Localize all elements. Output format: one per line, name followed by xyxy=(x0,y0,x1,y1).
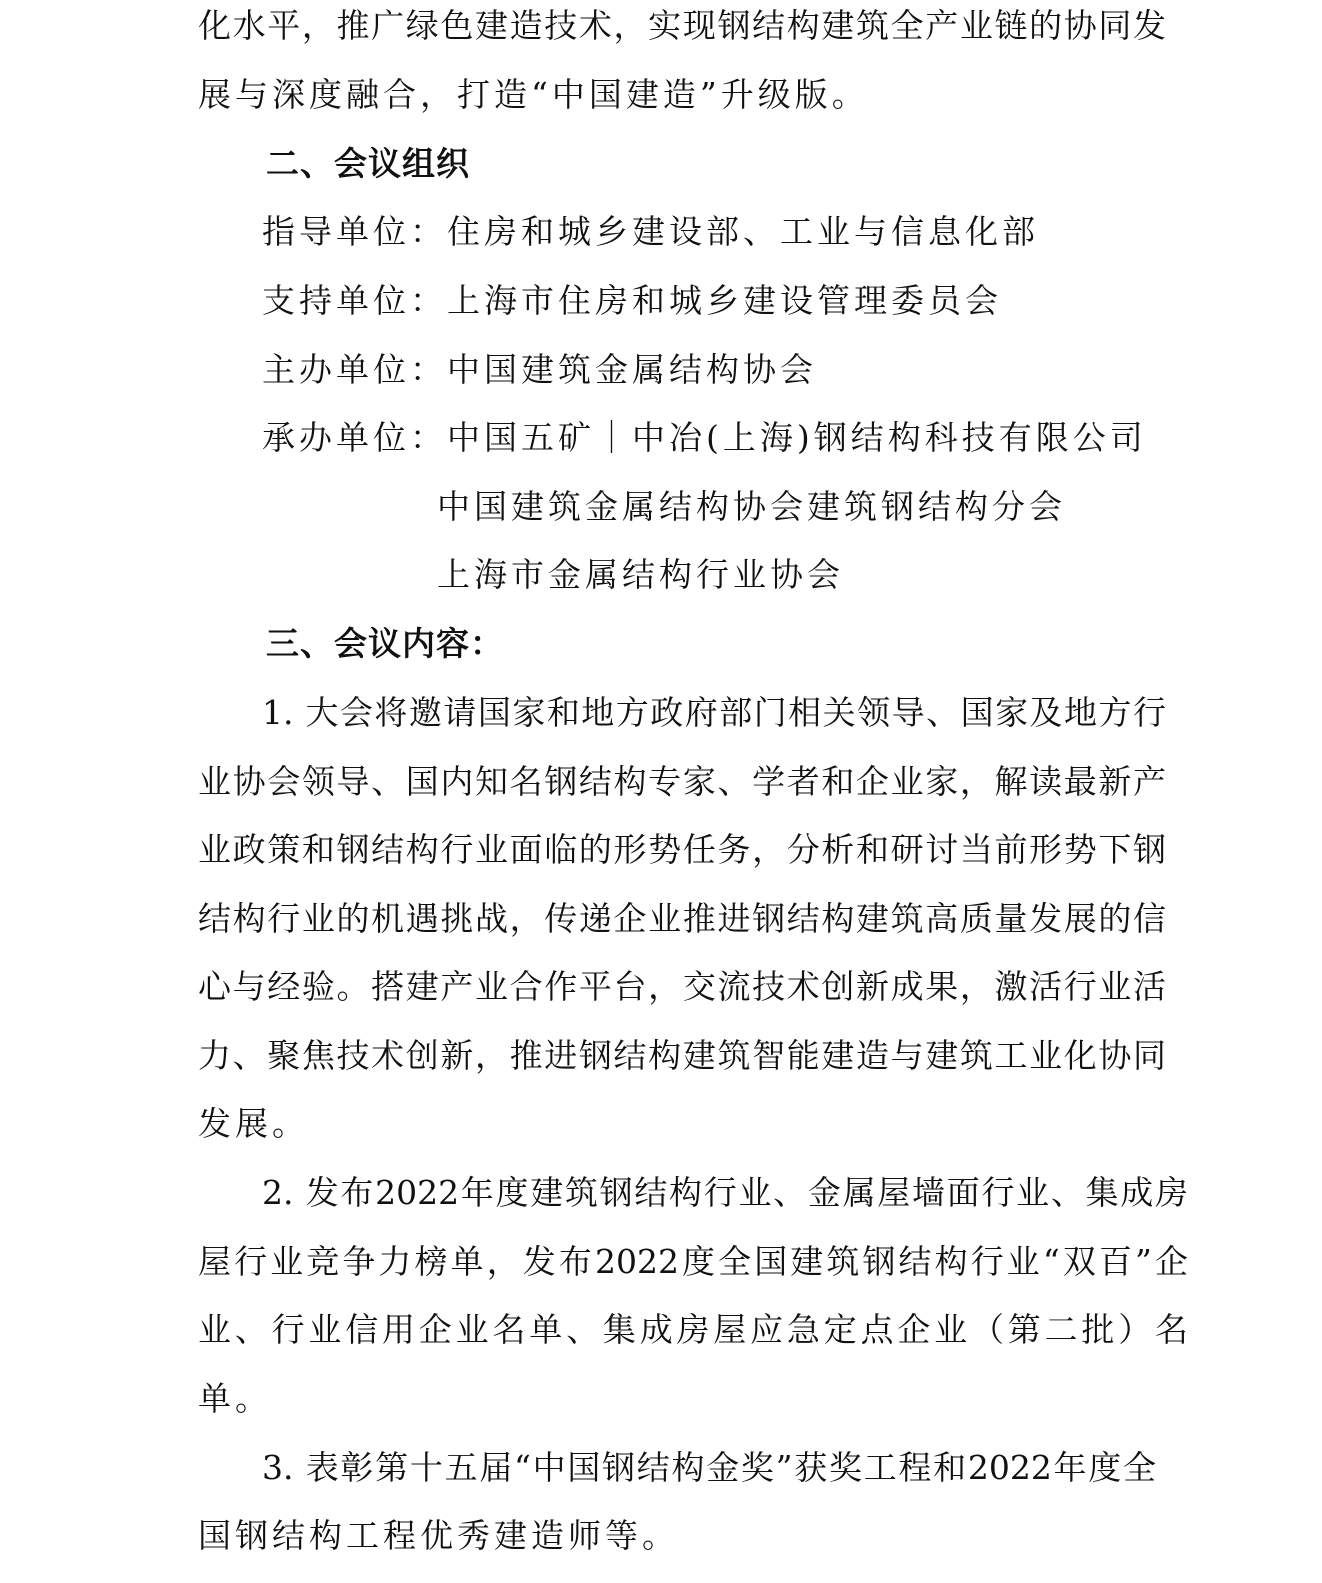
section-heading-content: 三、会议内容： xyxy=(266,624,504,664)
organizer-row-supporting: 支持单位：上海市住房和城乡建设管理委员会 xyxy=(262,281,1002,321)
item3-line-2: 国钢结构工程优秀建造师等。 xyxy=(198,1516,679,1556)
organizer-value: 上海市住房和城乡建设管理委员会 xyxy=(447,281,1002,320)
section-heading-organization: 二、会议组织 xyxy=(266,144,470,184)
organizer-label: 承办单位： xyxy=(262,418,447,457)
co-organizer-extra-2: 上海市金属结构行业协会 xyxy=(437,555,844,595)
item2-line-4: 单。 xyxy=(198,1379,272,1419)
item2-line-3: 业、行业信用企业名单、集成房屋应急定点企业（第二批）名 xyxy=(198,1310,1188,1350)
item1-line-2: 业协会领导、国内知名钢结构专家、学者和企业家，解读最新产 xyxy=(198,762,1166,802)
item2-line-2: 屋行业竞争力榜单，发布2022度全国建筑钢结构行业“双百”企 xyxy=(198,1242,1188,1282)
intro-line-2: 展与深度融合，打造“中国建造”升级版。 xyxy=(198,75,869,115)
co-organizer-extra-1: 中国建筑金属结构协会建筑钢结构分会 xyxy=(437,487,1066,527)
organizer-row-host: 主办单位：中国建筑金属结构协会 xyxy=(262,350,817,390)
organizer-row-guiding: 指导单位：住房和城乡建设部、工业与信息化部 xyxy=(262,212,1039,252)
item1-line-1: 1. 大会将邀请国家和地方政府部门相关领导、国家及地方行 xyxy=(262,693,1166,733)
organizer-value: 中国建筑金属结构协会 xyxy=(447,350,817,389)
organizer-row-co-organizer: 承办单位：中国五矿｜中冶(上海)钢结构科技有限公司 xyxy=(262,418,1147,458)
item1-line-5: 心与经验。搭建产业合作平台，交流技术创新成果，激活行业活 xyxy=(198,967,1166,1007)
item3-line-1: 3. 表彰第十五届“中国钢结构金奖”获奖工程和2022年度全 xyxy=(262,1448,1156,1488)
intro-line-1: 化水平，推广绿色建造技术，实现钢结构建筑全产业链的协同发 xyxy=(198,6,1166,46)
item1-line-3: 业政策和钢结构行业面临的形势任务，分析和研讨当前形势下钢 xyxy=(198,830,1166,870)
organizer-value: 中国五矿｜中冶(上海)钢结构科技有限公司 xyxy=(447,418,1147,457)
organizer-label: 支持单位： xyxy=(262,281,447,320)
organizer-label: 指导单位： xyxy=(262,212,447,251)
organizer-value: 住房和城乡建设部、工业与信息化部 xyxy=(447,212,1039,251)
item1-line-4: 结构行业的机遇挑战，传递企业推进钢结构建筑高质量发展的信 xyxy=(198,899,1166,939)
item1-line-6: 力、聚焦技术创新，推进钢结构建筑智能建造与建筑工业化协同 xyxy=(198,1036,1166,1076)
item2-line-1: 2. 发布2022年度建筑钢结构行业、金属屋墙面行业、集成房 xyxy=(262,1173,1188,1213)
organizer-label: 主办单位： xyxy=(262,350,447,389)
item1-line-7: 发展。 xyxy=(198,1104,309,1144)
